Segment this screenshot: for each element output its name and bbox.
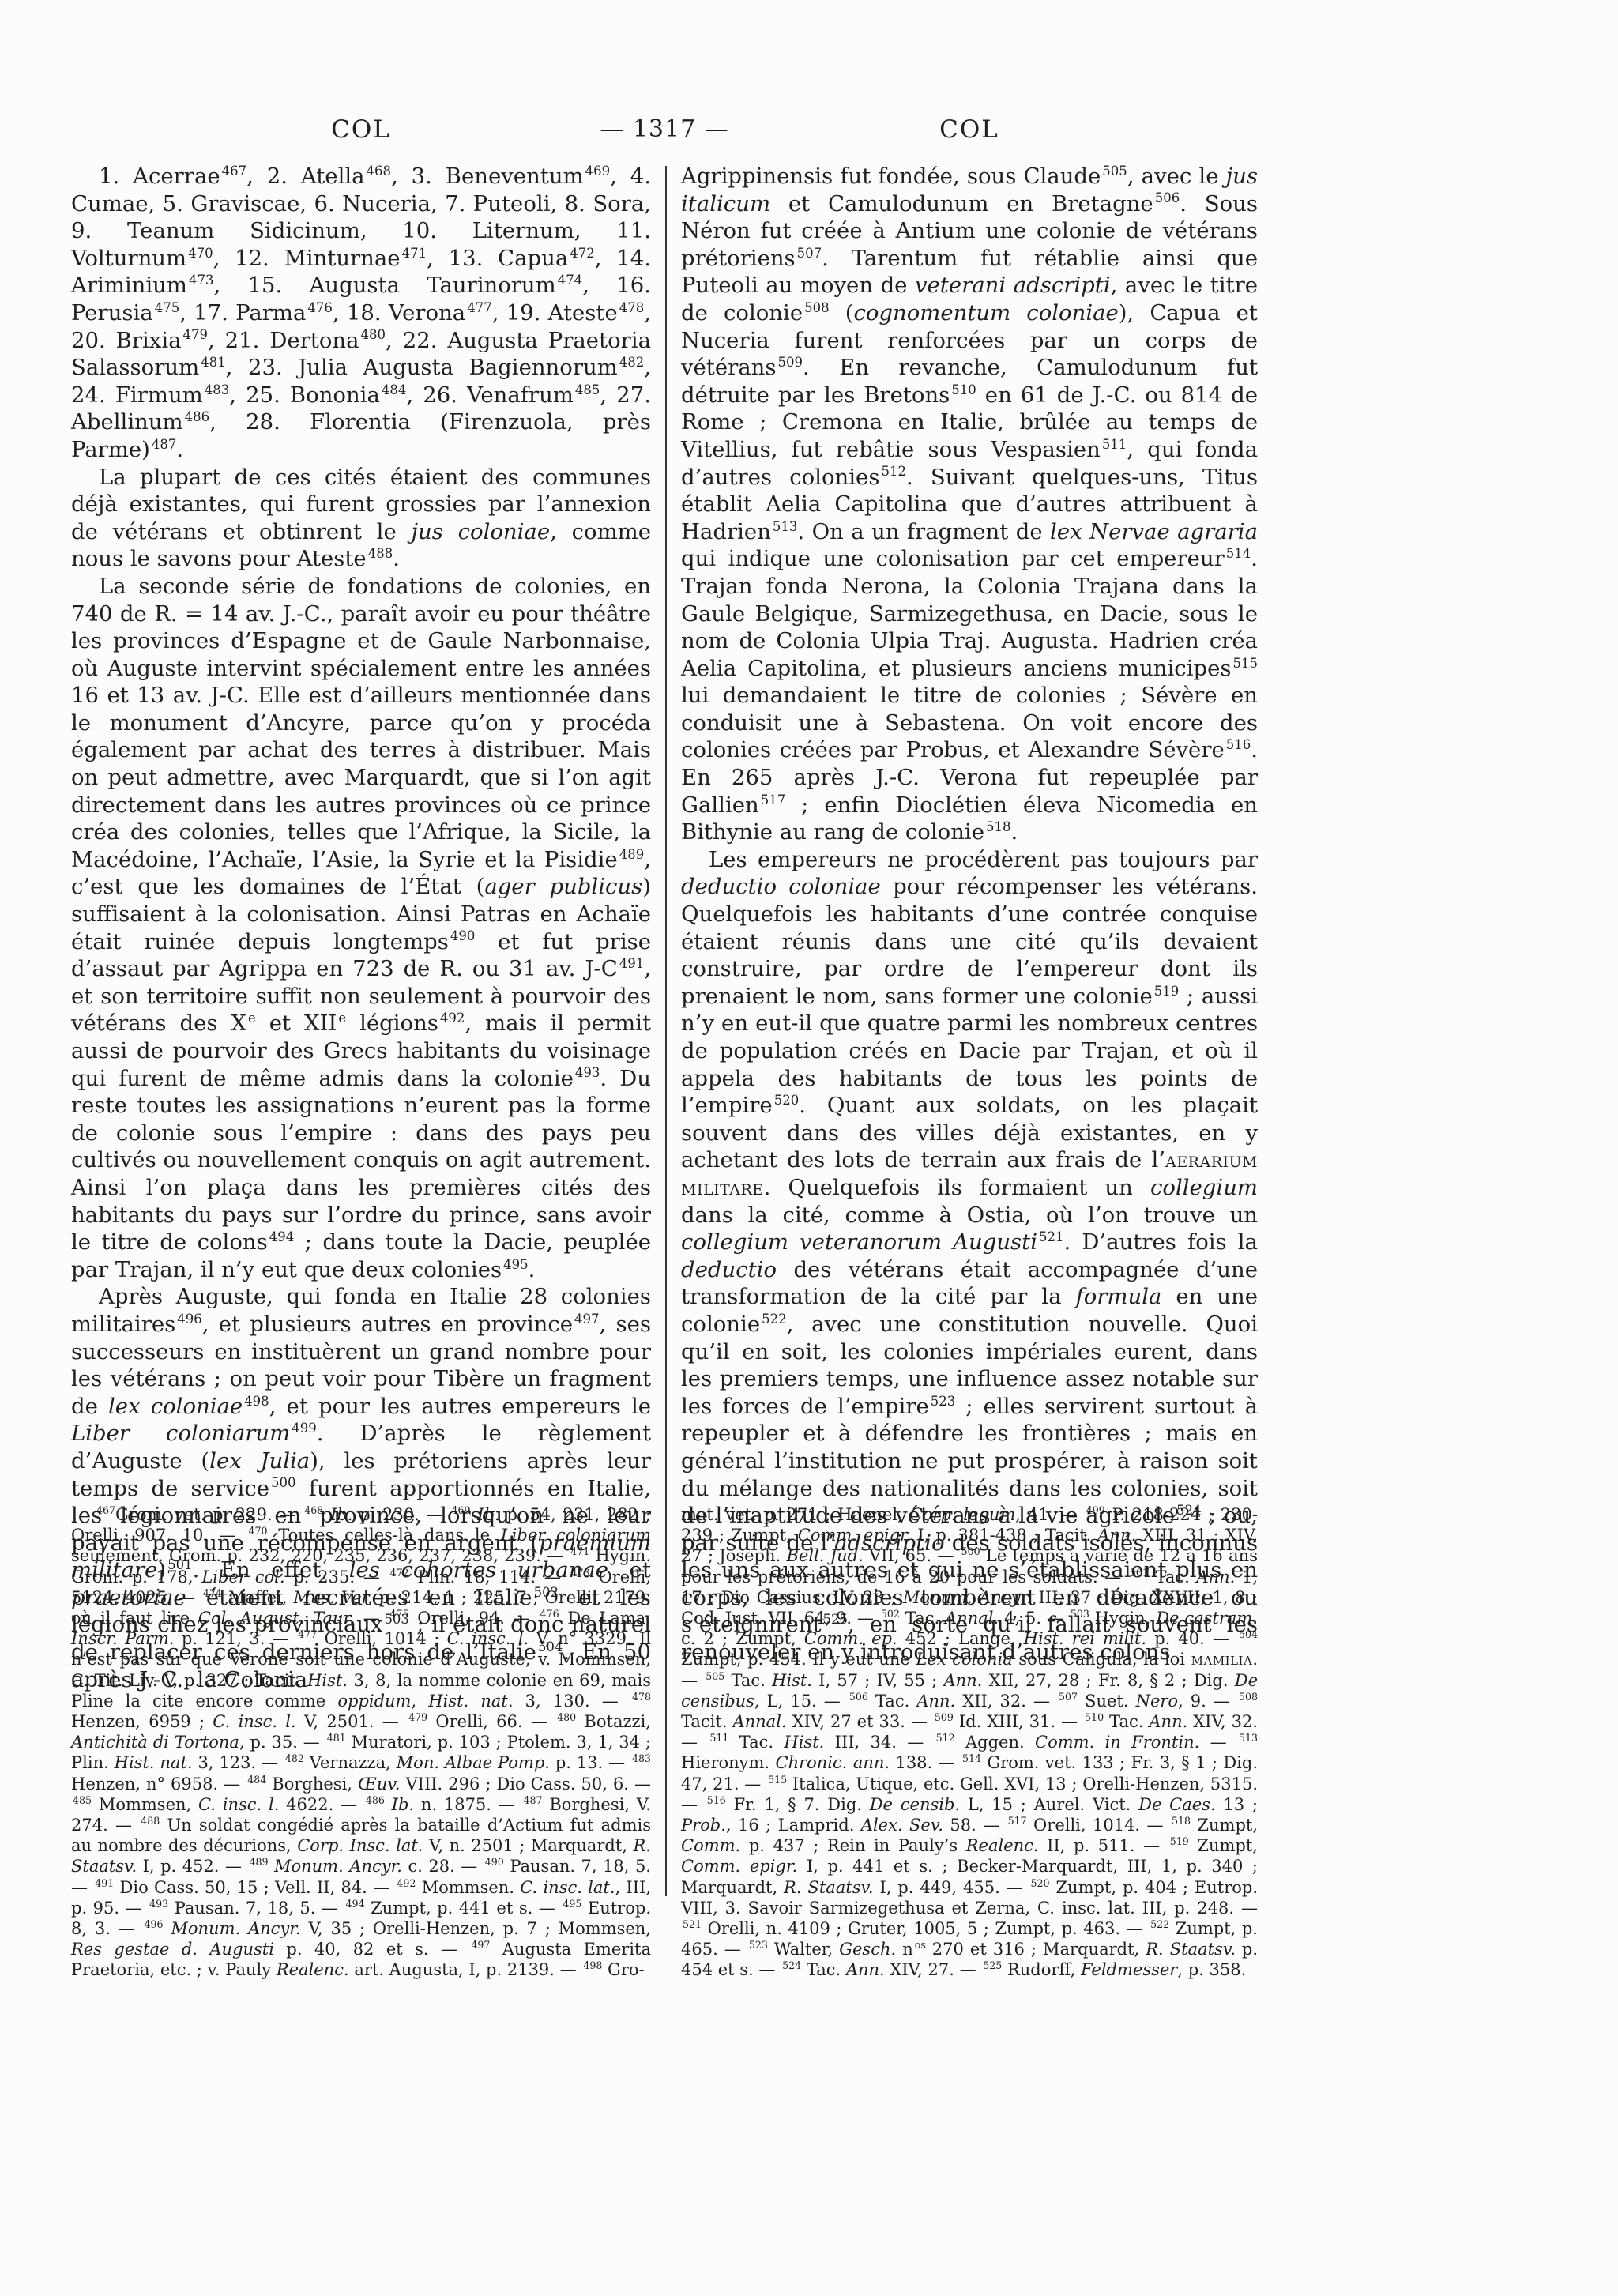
text-segment: , 18. Verona	[333, 300, 465, 326]
footnote-ref: 469	[585, 164, 611, 179]
text-segment: légions	[346, 1011, 438, 1036]
footnote-ref: 492	[397, 1877, 416, 1889]
footnote-ref: 523	[749, 1939, 768, 1951]
footnote-ref: 481	[201, 355, 226, 370]
text-segment: 4622. —	[279, 1795, 363, 1814]
footnote-ref: 517	[1008, 1815, 1027, 1827]
footnote-ref: 521	[1039, 1229, 1064, 1244]
italic-text: Œuv.	[358, 1775, 400, 1794]
footnote-ref: 491	[619, 956, 645, 971]
footnote-ref: 487	[524, 1794, 543, 1806]
footnote-ref: 467	[96, 1504, 115, 1516]
text-segment: p. 40. —	[1146, 1629, 1237, 1648]
footnote-ref: 521	[683, 1918, 702, 1930]
italic-text: Liber col.	[201, 1568, 284, 1586]
footnote-ref: 509	[778, 355, 803, 370]
text-segment: Vernazza,	[304, 1753, 397, 1772]
italic-text: Corp. Insc. lat.	[297, 1836, 423, 1855]
text-segment: —	[355, 1609, 389, 1628]
footnote-ref: 514	[962, 1752, 981, 1764]
italic-text: Feldmesser	[1081, 1960, 1177, 1979]
paragraph: Agrippinensis fut fondée, sous Claude505…	[681, 163, 1258, 846]
footnote-ref: 486	[366, 1794, 385, 1806]
footnote-ref: 490	[485, 1856, 504, 1868]
scanned-dictionary-page: COL — 1317 — COL 1. Acerrae467, 2. Atell…	[0, 0, 1618, 2296]
footnote-ref: 477	[467, 300, 492, 315]
text-segment	[268, 1857, 274, 1876]
text-segment: , et plusieurs autres en province	[202, 1312, 573, 1337]
text-segment: , 13. Capua	[427, 246, 568, 271]
text-segment: Tac.	[1104, 1712, 1149, 1731]
italic-text: R. Staatsv.	[1146, 1940, 1236, 1959]
text-segment: , 17. Parma	[179, 300, 306, 326]
text-segment: seulement. Grom. p. 232, 220, 235, 236, …	[71, 1546, 569, 1565]
text-segment: Fr. 1, § 7. Dig.	[726, 1795, 870, 1814]
text-segment: sous Caligula, la loi	[1013, 1650, 1191, 1669]
italic-text: Nero	[1136, 1692, 1178, 1711]
italic-text: Comm. epigr.	[681, 1857, 797, 1876]
text-segment: De Lama,	[559, 1609, 651, 1628]
footnote-ref: 493	[575, 1065, 600, 1080]
text-segment: Orelli, 1014 ;	[317, 1629, 446, 1648]
footnote-ref: 524	[782, 1959, 801, 1971]
italic-text: lex Julia	[209, 1448, 310, 1474]
italic-text: Ib.	[392, 1795, 414, 1814]
text-segment: p. 437 ; Rein in Pauly’s	[740, 1836, 965, 1855]
footnote-ref: 480	[361, 327, 386, 342]
text-segment: 58. —	[943, 1816, 1007, 1835]
italic-text: Hist. nat.	[428, 1692, 513, 1711]
text-segment: .	[529, 1257, 536, 1282]
footnote-ref: 520	[1031, 1877, 1050, 1889]
text-segment: XIV, 27 et 33. —	[787, 1712, 933, 1731]
footnote-ref: 469	[451, 1504, 470, 1516]
text-segment: Orelli, 1014. —	[1027, 1816, 1170, 1835]
italic-text: Prob.	[681, 1816, 726, 1835]
italic-text: Liber coloniarum	[71, 1421, 290, 1446]
italic-text: veterani adscripti	[915, 273, 1111, 298]
text-segment: VII, 65. —	[864, 1546, 960, 1565]
italic-text: Realenc.	[966, 1836, 1039, 1855]
italic-text: lex Nervae agraria	[1050, 519, 1258, 544]
text-segment: c. 28. —	[402, 1857, 484, 1876]
text-segment: Henzen, n° 6958. —	[71, 1775, 246, 1794]
footnote-ref: 499	[292, 1421, 317, 1436]
italic-text: Col. August. Taur.	[198, 1609, 355, 1628]
italic-text: Alex. Sev.	[861, 1816, 943, 1835]
footnote-ref: 486	[185, 409, 210, 424]
footnote-ref: 473	[189, 273, 214, 288]
footnote-ref: 471	[570, 1545, 589, 1557]
footnote-ref: 525	[983, 1959, 1002, 1971]
text-segment: , 12. Minturnae	[213, 246, 401, 271]
footnote-ref: 473	[571, 1567, 590, 1579]
footnote-ref: 500	[271, 1475, 296, 1490]
italic-text: Hist. nat.	[115, 1753, 193, 1772]
text-segment: Tac.	[728, 1733, 784, 1752]
footnote-ref: 495	[563, 1898, 581, 1910]
footnote-ref: 484	[247, 1774, 266, 1786]
text-segment: .	[393, 546, 400, 571]
footnote-ref: 474	[558, 273, 583, 288]
text-segment: n. 1875. —	[414, 1795, 521, 1814]
footnote-ref: 507	[797, 246, 822, 261]
footnote-ref: 513	[1239, 1732, 1258, 1744]
footnote-ref: 515	[1233, 656, 1259, 671]
text-segment: . Du reste toutes les assignations n’eur…	[71, 1066, 651, 1255]
text-segment: XII, 32. —	[955, 1692, 1057, 1711]
footnote-ref: 511	[1102, 437, 1127, 452]
footnote-ref: 522	[1150, 1918, 1169, 1930]
text-segment: Henzen, 6959 ;	[71, 1712, 213, 1731]
text-segment: Agrippinensis fut fondée, sous Claude	[681, 164, 1101, 189]
italic-text: Comm. ep.	[804, 1629, 897, 1648]
text-segment: , 26. Venafrum	[406, 382, 574, 408]
italic-text: Hist.	[784, 1733, 824, 1752]
footnote-ref: 517	[761, 792, 786, 807]
footnote-ref: 519	[1170, 1835, 1189, 1847]
footnote-ref: 472	[390, 1567, 409, 1579]
text-segment: Dio Cass. 50, 15 ; Vell. II, 84. —	[114, 1878, 395, 1897]
footnote-ref: 489	[619, 847, 645, 862]
text-segment: , L, 15. —	[754, 1692, 848, 1711]
text-segment: 13 ;	[1216, 1795, 1258, 1814]
text-segment: XII, 27, 28 ; Fr. 8, § 2 ; Dig.	[982, 1671, 1234, 1690]
text-segment: 3, 130. —	[514, 1692, 630, 1711]
text-segment: qui indique une colonisation par cet emp…	[681, 546, 1225, 571]
text-segment: Id. XIII, 31. —	[954, 1712, 1083, 1731]
footnote-ref: 490	[450, 928, 476, 943]
paragraph: La plupart de ces cités étaient des comm…	[71, 464, 651, 573]
column-divider-rule	[665, 166, 667, 1896]
text-segment: Tac.	[801, 1960, 846, 1979]
footnote-ref: 512	[936, 1732, 955, 1744]
text-segment: Grom. vet. p. 229. —	[115, 1505, 303, 1524]
text-segment: . D’autres fois la	[1064, 1229, 1258, 1255]
footnote-ref: 518	[986, 819, 1011, 834]
footnote-ref: 522	[762, 1312, 787, 1327]
italic-text: Annal.	[945, 1609, 999, 1628]
footnote-ref: 498	[583, 1959, 602, 1971]
italic-text: Annal.	[732, 1712, 786, 1731]
italic-text: C. insc. l.	[198, 1795, 279, 1814]
footnote-ref: 506	[849, 1691, 868, 1703]
text-segment	[385, 1795, 392, 1814]
text-segment: 4, 5. —	[999, 1609, 1069, 1628]
text-segment: , avec le	[1127, 164, 1226, 189]
footnote-ref: 503	[1071, 1608, 1089, 1620]
footnote-ref: 510	[951, 382, 976, 397]
italic-text: De Caes.	[1138, 1795, 1216, 1814]
text-segment: Hieronym.	[681, 1753, 776, 1772]
text-segment: .	[1010, 819, 1018, 845]
footnote-ref: 485	[73, 1794, 92, 1806]
italic-text: Mon. Albae Pomp.	[397, 1753, 550, 1772]
footnote-ref: 481	[327, 1732, 346, 1744]
text-segment: .	[176, 437, 183, 462]
footnote-ref: 480	[557, 1711, 576, 1723]
text-segment	[323, 1505, 330, 1524]
paragraph: 1. Acerrae467, 2. Atella468, 3. Benevent…	[71, 163, 651, 464]
text-segment: Les empereurs ne procédèrent pas toujour…	[709, 847, 1258, 872]
italic-text: Ib.	[477, 1505, 499, 1524]
text-segment: , p. 35. —	[239, 1733, 325, 1752]
text-segment: 138. —	[890, 1753, 961, 1772]
text-segment: V, 35 ; Orelli-Henzen, p. 7 ; Mommsen,	[301, 1919, 651, 1938]
footnote-ref: 467	[222, 164, 247, 179]
italic-text: lex coloniae	[108, 1394, 243, 1419]
text-segment: mat. vet. p. 271 ; Haenel,	[681, 1505, 910, 1524]
footnote-ref: 472	[570, 246, 595, 261]
italic-text: Liber coloniarum	[501, 1526, 651, 1545]
italic-text: jus coloniae	[412, 519, 551, 544]
text-segment: Maffei,	[222, 1588, 294, 1607]
text-segment: Walter,	[768, 1940, 839, 1959]
text-segment: Plin. 18, 114. —	[409, 1568, 570, 1586]
text-segment: Botazzi,	[576, 1712, 651, 1731]
footnote-ref: 506	[1155, 190, 1180, 205]
text-segment: , 2. Atella	[246, 164, 364, 189]
footnote-ref: 504	[1239, 1628, 1258, 1640]
footnote-ref: 485	[575, 382, 600, 397]
footnote-ref: 468	[304, 1504, 323, 1516]
footnote-ref: 516	[707, 1794, 726, 1806]
italic-text: De castram.	[1156, 1609, 1258, 1628]
footnote-ref: 507	[1059, 1691, 1078, 1703]
footnote-ref: 468	[367, 164, 392, 179]
text-segment: p. 13. —	[550, 1753, 630, 1772]
text-segment: , 15. Augusta Taurinorum	[213, 273, 555, 298]
italic-text: Ann.	[943, 1671, 982, 1690]
footnote-ref: e	[338, 1011, 346, 1026]
text-segment: Tac.	[1149, 1568, 1197, 1586]
text-segment: III, 34. —	[824, 1733, 934, 1752]
footnote-ref: 476	[307, 300, 333, 315]
text-segment: Borghesi,	[266, 1775, 358, 1794]
text-segment: Tacit.	[681, 1712, 732, 1731]
footnote-ref: 496	[145, 1918, 164, 1930]
text-segment: La seconde série de fondations de coloni…	[71, 574, 651, 872]
text-segment: Pausan. 7, 18, 5. —	[168, 1899, 344, 1918]
footnote-ref: 499	[1086, 1504, 1105, 1516]
footnote-ref: 487	[152, 437, 177, 452]
text-segment: Orelli, 94. —	[409, 1609, 539, 1628]
footnote-ref: 476	[540, 1608, 559, 1620]
italic-text: Chronic. ann.	[776, 1753, 890, 1772]
footnote-ref: 505	[706, 1670, 724, 1682]
italic-text: Comm.	[681, 1836, 740, 1855]
text-segment: . On a un fragment de	[797, 519, 1050, 544]
text-segment: —	[1199, 1733, 1237, 1752]
italic-text: Corp. legum	[910, 1505, 1016, 1524]
footnote-ref: 482	[619, 355, 645, 370]
italic-text: Mus. Ver.	[293, 1588, 372, 1607]
text-segment: 270 et 316 ; Marquardt,	[926, 1940, 1146, 1959]
italic-text: Hist.	[772, 1671, 812, 1690]
footnote-ref: 483	[205, 382, 230, 397]
text-segment: , 23. Julia Augusta Bagiennorum	[226, 355, 618, 380]
text-segment: Suet.	[1078, 1692, 1136, 1711]
footnote-ref: 478	[619, 300, 645, 315]
text-segment: , 25. Bononia	[229, 382, 380, 408]
footnote-ref: 497	[471, 1939, 490, 1951]
text-segment: I, p. 449, 455. —	[874, 1878, 1029, 1897]
footnote-ref: 482	[285, 1752, 304, 1764]
italic-text: Monum. Ancyr.	[274, 1857, 402, 1876]
footnote-ref: 515	[768, 1774, 787, 1786]
italic-text: oppidum	[337, 1692, 411, 1711]
italic-text: Hist. rei milit.	[1024, 1629, 1146, 1648]
italic-text: Ann.	[916, 1692, 955, 1711]
footnote-ref: 500	[961, 1545, 980, 1557]
footnote-ref: 501	[1130, 1567, 1149, 1579]
footnote-ref: 491	[95, 1877, 114, 1889]
footnote-ref: 514	[1226, 546, 1251, 561]
text-segment: Orelli, 66. —	[427, 1712, 555, 1731]
text-segment: II, p. 511. —	[1039, 1836, 1168, 1855]
footnote-ref: 478	[632, 1691, 651, 1703]
text-segment: I, p. 452. —	[137, 1857, 247, 1876]
text-segment: Zumpt, p. 454. Il y eut une	[681, 1650, 916, 1669]
text-segment: I, 57 ; IV, 55 ;	[812, 1671, 944, 1690]
text-segment: Zumpt,	[1191, 1816, 1258, 1835]
footnote-ref: 497	[574, 1312, 600, 1327]
text-segment: Aggen.	[955, 1733, 1035, 1752]
text-segment: , 16 ; Lamprid.	[726, 1816, 861, 1835]
footnote-ref: 489	[249, 1856, 268, 1868]
footnote-ref: 474	[203, 1587, 222, 1599]
text-segment: p. 121, 3. —	[174, 1629, 296, 1648]
paragraph: La seconde série de fondations de coloni…	[71, 573, 651, 1283]
footnote-ref: 518	[1172, 1815, 1191, 1827]
footnote-ref: 496	[177, 1312, 202, 1327]
footnote-ref: 470	[188, 246, 213, 261]
footnotes-left-column: 467Grom. vet. p. 229. — 468 Ib. p. 230. …	[71, 1504, 651, 1981]
italic-text: Inscr. Parm.	[71, 1629, 174, 1648]
text-segment: I, p. 381-438 ; Tacit.	[911, 1526, 1097, 1545]
text-segment: . Quelquefois ils formaient un	[764, 1175, 1150, 1200]
italic-text: formula	[1076, 1284, 1162, 1309]
text-segment: Mommsen,	[92, 1795, 198, 1814]
text-segment: Zumpt,	[1189, 1836, 1258, 1855]
text-segment: , 41. —	[1015, 1505, 1084, 1524]
footnote-ref: 475	[155, 300, 180, 315]
text-segment: , 19. Ateste	[492, 300, 618, 326]
footnotes-right-column: mat. vet. p. 271 ; Haenel, Corp. legum, …	[681, 1504, 1258, 1981]
main-text-right-column: Agrippinensis fut fondée, sous Claude505…	[681, 163, 1258, 1666]
text-segment: p. 235. —	[285, 1568, 389, 1586]
text-segment: 452 ; Lange,	[897, 1629, 1024, 1648]
italic-text: C. insc. lat.	[520, 1878, 615, 1897]
footnote-ref: 508	[1239, 1691, 1258, 1703]
footnote-ref: os	[915, 1939, 926, 1951]
italic-text: Realenc.	[277, 1960, 349, 1979]
italic-text: ager publicus	[484, 874, 642, 899]
italic-text: Lex colonia	[916, 1650, 1012, 1669]
text-segment: p. 40, 82 et s. —	[274, 1940, 469, 1959]
text-segment: et XII	[256, 1011, 337, 1036]
italic-text: Bell. Jud.	[786, 1546, 863, 1565]
text-segment: n	[896, 1940, 913, 1959]
footnote-ref: 475	[389, 1608, 408, 1620]
text-segment: (	[830, 300, 854, 326]
text-segment: p. 230. —	[352, 1505, 450, 1524]
footnote-ref: 494	[269, 1229, 295, 1244]
text-segment: Rudorff,	[1002, 1960, 1081, 1979]
footnote-ref: 470	[248, 1525, 267, 1537]
footnote-ref: 520	[774, 1093, 800, 1108]
italic-text: Ann.	[1097, 1526, 1136, 1545]
italic-text: Ann.	[1196, 1568, 1235, 1586]
footnote-ref: 479	[408, 1711, 427, 1723]
footnote-ref: 519	[1154, 984, 1180, 999]
footnote-ref: 488	[368, 546, 393, 561]
footnote-ref: 516	[1226, 737, 1251, 752]
footnote-ref: 510	[1085, 1711, 1104, 1723]
text-segment: , et pour les autres empereurs le	[269, 1394, 651, 1419]
text-segment: , 9. —	[1178, 1692, 1237, 1711]
italic-text: deductio	[681, 1257, 777, 1282]
text-segment: , 21. Dertona	[208, 328, 359, 353]
italic-text: Monum. Ancyr.	[903, 1588, 1032, 1607]
footnote-ref: 511	[709, 1732, 728, 1744]
italic-text: collegium veteranorum Augusti	[681, 1229, 1037, 1255]
italic-text: Antichità di Tortona	[71, 1733, 239, 1752]
footnote-ref: 479	[183, 327, 209, 342]
text-segment: Tac.	[724, 1671, 772, 1690]
running-head-right: COL	[681, 115, 1258, 144]
text-segment: XIV, 27. —	[885, 1960, 982, 1979]
footnote-ref: 502	[881, 1608, 900, 1620]
italic-text: Ann.	[1149, 1712, 1187, 1731]
italic-text: C. insc. l.	[447, 1629, 529, 1648]
footnote-ref: 477	[298, 1628, 317, 1640]
text-segment: et Camulodunum en Bretagne	[770, 191, 1153, 216]
text-segment	[164, 1919, 171, 1938]
italic-text: Ann.	[846, 1960, 885, 1979]
footnote-ref: 508	[804, 300, 830, 315]
italic-text: Hist.	[307, 1671, 348, 1690]
text-segment: Gro-	[602, 1960, 644, 1979]
italic-text: Comm. in Frontin.	[1035, 1733, 1199, 1752]
footnote-ref: 505	[1102, 164, 1127, 179]
text-segment: ,	[411, 1692, 428, 1711]
text-segment: c. 2 ; Zumpt,	[681, 1629, 804, 1648]
footnote-ref: 492	[440, 1011, 465, 1026]
footnote-ref: 493	[149, 1898, 168, 1910]
text-segment: lui demandaient le titre de colonies ; S…	[681, 683, 1258, 762]
footnote-ref: 498	[244, 1394, 269, 1409]
footnote-ref: 512	[881, 464, 906, 479]
text-segment: dans la cité, comme à Ostia, où l’on tro…	[681, 1203, 1258, 1228]
italic-text: Monum. Ancyr.	[171, 1919, 300, 1938]
main-text-left-column: 1. Acerrae467, 2. Atella468, 3. Benevent…	[71, 163, 651, 1693]
text-segment: , p. 358.	[1177, 1960, 1246, 1979]
text-segment: V, 2501. —	[296, 1712, 407, 1731]
footnote-ref: 494	[346, 1898, 365, 1910]
italic-text: Ib.	[330, 1505, 352, 1524]
text-segment: art. Augusta, I, p. 2139. —	[349, 1960, 582, 1979]
text-segment: 1. Acerrae	[99, 164, 220, 189]
text-segment: Toutes celles-là dans le	[268, 1526, 501, 1545]
footnote-ref: 509	[935, 1711, 954, 1723]
text-segment: VIII. 296 ; Dio Cass. 50, 6. —	[400, 1775, 651, 1794]
text-segment: L, 15 ; Aurel. Vict.	[960, 1795, 1138, 1814]
text-segment: 3, 123. —	[193, 1753, 284, 1772]
text-segment	[471, 1505, 478, 1524]
italic-text: collegium	[1150, 1175, 1258, 1200]
footnote-ref: 483	[632, 1752, 651, 1764]
